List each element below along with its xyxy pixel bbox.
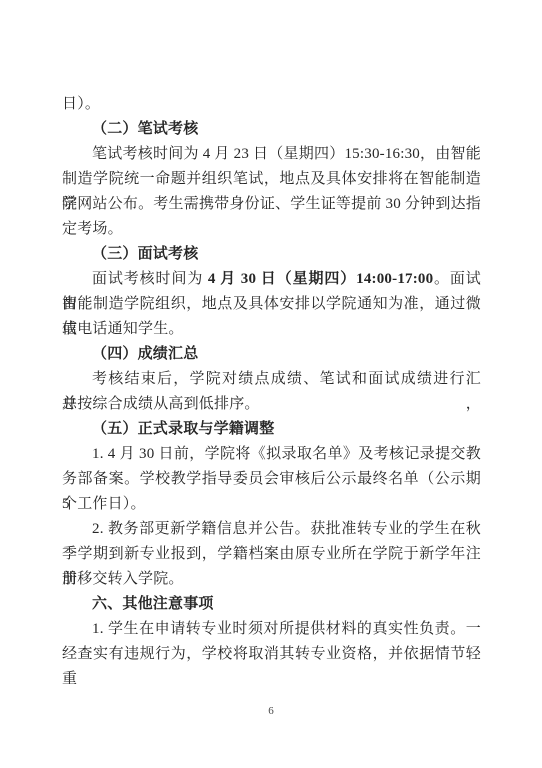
text-line: 智能制造学院组织，地点及具体安排以学院通知为准，通过微信: [62, 292, 481, 317]
page-number: 6: [0, 704, 542, 718]
text-line: 制造学院统一命题并组织笔试，地点及具体安排将在智能制造学: [62, 167, 481, 192]
text-segment-bold: （五）正式录取与学籍调整: [92, 421, 274, 437]
text-line: 六、其他注意事项: [62, 592, 481, 617]
text-segment: 日）。: [62, 96, 100, 112]
text-segment-bold: 六、其他注意事项: [92, 596, 214, 612]
text-segment: 经查实有违规行为，学校将取消其转专业资格，并依据情节轻重: [62, 646, 481, 687]
text-segment: 个工作日）。: [62, 496, 146, 512]
text-segment: 或电话通知学生。: [62, 321, 184, 337]
text-segment: 笔试考核时间为 4 月 23 日（星期四）15:30-16:30，由智能: [92, 146, 481, 162]
document-content: 日）。（二）笔试考核笔试考核时间为 4 月 23 日（星期四）15:30-16:…: [62, 92, 481, 667]
text-line: 或电话通知学生。: [62, 317, 481, 342]
text-line: 院网站公布。考生需携带身份证、学生证等提前 30 分钟到达指: [62, 192, 481, 217]
text-line: 经查实有违规行为，学校将取消其转专业资格，并依据情节轻重: [62, 642, 481, 667]
text-line: （五）正式录取与学籍调整: [62, 417, 481, 442]
text-segment: 前移交转入学院。: [62, 571, 184, 587]
text-line: 2. 教务部更新学籍信息并公告。获批准转专业的学生在秋: [62, 517, 481, 542]
document-page: 日）。（二）笔试考核笔试考核时间为 4 月 23 日（星期四）15:30-16:…: [0, 0, 542, 768]
text-line: 个工作日）。: [62, 492, 481, 517]
text-line: 面试考核时间为 4 月 30 日（星期四）14:00-17:00。面试由: [62, 267, 481, 292]
text-line: 季学期到新专业报到，学籍档案由原专业所在学院于新学年注册: [62, 542, 481, 567]
text-segment: 1. 学生在申请转专业时须对所提供材料的真实性负责。一: [92, 621, 481, 637]
text-line: 前移交转入学院。: [62, 567, 481, 592]
text-segment-bold: （四）成绩汇总: [92, 346, 198, 362]
text-line: （四）成绩汇总: [62, 342, 481, 367]
text-line: （三）面试考核: [62, 242, 481, 267]
text-line: 日）。: [62, 92, 481, 117]
text-segment: 并按综合成绩从高到低排序。: [62, 396, 260, 412]
text-line: 笔试考核时间为 4 月 23 日（星期四）15:30-16:30，由智能: [62, 142, 481, 167]
text-line: 定考场。: [62, 217, 481, 242]
text-segment: 面试考核时间为: [92, 271, 208, 287]
text-segment-bold: 4 月 30 日（星期四）14:00-17:00: [208, 271, 433, 287]
text-segment: 院网站公布。考生需携带身份证、学生证等提前 30 分钟到达指: [62, 196, 481, 212]
text-segment: 1. 4 月 30 日前，学院将《拟录取名单》及考核记录提交教: [92, 446, 481, 462]
text-segment-bold: （二）笔试考核: [92, 121, 198, 137]
text-line: （二）笔试考核: [62, 117, 481, 142]
text-line: 1. 学生在申请转专业时须对所提供材料的真实性负责。一: [62, 617, 481, 642]
text-line: 考核结束后，学院对绩点成绩、笔试和面试成绩进行汇总，: [62, 367, 481, 392]
text-line: 务部备案。学校教学指导委员会审核后公示最终名单（公示期 5: [62, 467, 481, 492]
text-segment: 定考场。: [62, 221, 123, 237]
text-line: 1. 4 月 30 日前，学院将《拟录取名单》及考核记录提交教: [62, 442, 481, 467]
text-segment: 2. 教务部更新学籍信息并公告。获批准转专业的学生在秋: [92, 521, 481, 537]
text-segment-bold: （三）面试考核: [92, 246, 198, 262]
